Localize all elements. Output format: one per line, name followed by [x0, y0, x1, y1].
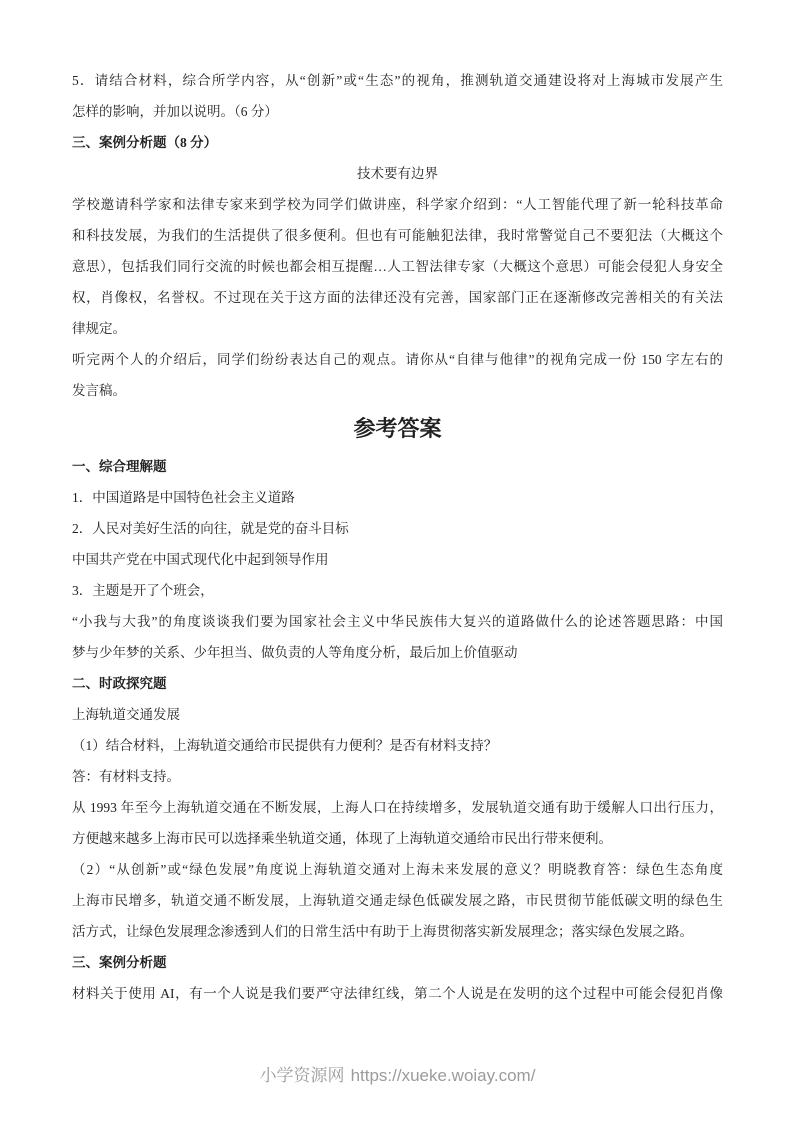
- answers-section3-heading: 三、案例分析题: [72, 947, 723, 978]
- document-page: 5．请结合材料，综合所学内容，从“创新”或“生态”的视角，推测轨道交通建设将对上…: [0, 0, 793, 1122]
- case-paragraph-line: 学校邀请科学家和法律专家来到学校为同学们做讲座，科学家介绍到：“人工智能代理了新…: [72, 189, 723, 220]
- answer-line: 方便越来越多上海市民可以选择乘坐轨道交通，体现了上海轨道交通给市民出行带来便利。: [72, 823, 723, 854]
- answer-line: 从 1993 年至今上海轨道交通在不断发展，上海人口在持续增多，发展轨道交通有助…: [72, 792, 723, 823]
- case-paragraph-line: 和科技发展，为我们的生活提供了很多便利。但也有可能触犯法律，我时常警觉自己不要犯…: [72, 220, 723, 251]
- answer-line: 梦与少年梦的关系、少年担当、做负责的人等角度分析，最后加上价值驱动: [72, 637, 723, 668]
- answer-line: 2．人民对美好生活的向往，就是党的奋斗目标: [72, 513, 723, 544]
- document-content: 5．请结合材料，综合所学内容，从“创新”或“生态”的视角，推测轨道交通建设将对上…: [72, 65, 723, 1089]
- answers-section1-heading: 一、综合理解题: [72, 451, 723, 482]
- answer-line: “小我与大我”的角度谈谈我们要为国家社会主义中华民族伟大复兴的道路做什么的论述答…: [72, 606, 723, 637]
- answer-line: （1）结合材料，上海轨道交通给市民提供有力便利？是否有材料支持？: [72, 730, 723, 761]
- case-study-title: 技术要有边界: [72, 158, 723, 189]
- question-5-line-1: 5．请结合材料，综合所学内容，从“创新”或“生态”的视角，推测轨道交通建设将对上…: [72, 65, 723, 96]
- footer-site-name: 小学资源网: [260, 1066, 345, 1085]
- answer-line: 活方式，让绿色发展理念渗透到人们的日常生活中有助于上海贯彻落实新发展理念；落实绿…: [72, 916, 723, 947]
- answer-line: 1．中国道路是中国特色社会主义道路: [72, 482, 723, 513]
- answer-line: 3．主题是开了个班会，: [72, 575, 723, 606]
- answer-line: 上海市民增多，轨道交通不断发展，上海轨道交通走绿色低碳发展之路，市民贯彻节能低碳…: [72, 885, 723, 916]
- answer-line: 上海轨道交通发展: [72, 699, 723, 730]
- answer-line: （2）“从创新”或“绿色发展”角度说上海轨道交通对上海未来发展的意义？明晓教育答…: [72, 854, 723, 885]
- case-paragraph-line: 律规定。: [72, 313, 723, 344]
- answer-line: 答：有材料支持。: [72, 761, 723, 792]
- case-paragraph-line: 权，肖像权，名誉权。不过现在关于这方面的法律还没有完善，国家部门正在逐渐修改完善…: [72, 282, 723, 313]
- question-5-line-2: 怎样的影响，并加以说明。（6 分）: [72, 96, 723, 127]
- case-paragraph-line: 意思），包括我们同行交流的时候也都会相互提醒…人工智法律专家（大概这个意思）可能…: [72, 251, 723, 282]
- answer-line: 材料关于使用 AI，有一个人说是我们要严守法律红线，第二个人说是在发明的这个过程…: [72, 978, 723, 1009]
- case-task-line: 发言稿。: [72, 375, 723, 406]
- exam-section3-heading: 三、案例分析题（8 分）: [72, 127, 723, 158]
- page-footer: 小学资源网https://xueke.woiay.com/: [72, 1063, 723, 1089]
- answers-title: 参考答案: [72, 406, 723, 451]
- case-task-line: 听完两个人的介绍后，同学们纷纷表达自己的观点。请你从“自律与他律”的视角完成一份…: [72, 344, 723, 375]
- answers-section2-heading: 二、时政探究题: [72, 668, 723, 699]
- answer-line: 中国共产党在中国式现代化中起到领导作用: [72, 544, 723, 575]
- footer-site-url: https://xueke.woiay.com/: [351, 1066, 536, 1085]
